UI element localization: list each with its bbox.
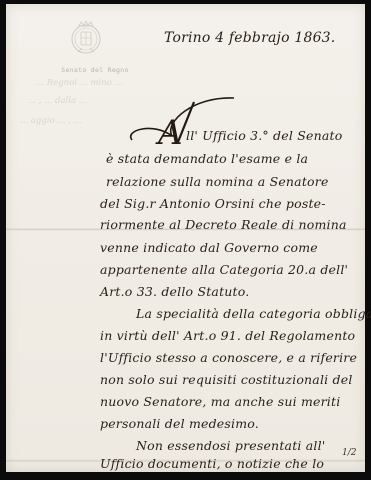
- body-line-2: è stata demandato l'esame e la: [106, 151, 308, 166]
- bleed-through-text: ... , ... dalla ...: [28, 96, 87, 106]
- document-page: Senato del Regno ... Regnoi ... mino ...…: [6, 4, 365, 472]
- body-initial: A: [158, 116, 183, 150]
- body-line-11: l'Ufficio stesso a conoscere, e a riferi…: [100, 350, 357, 365]
- body-line-14: personali del medesimo.: [100, 416, 259, 431]
- body-line-9: La specialità della categoria obbliga: [136, 306, 371, 321]
- body-line-13: nuovo Senatore, ma anche sui meriti: [100, 394, 340, 409]
- body-line-3: relazione sulla nomina a Senatore: [106, 174, 329, 189]
- body-line-1: ll' Ufficio 3.° del Senato: [186, 128, 342, 143]
- bleed-through-text: ... Regnoi ... mino ...: [36, 78, 123, 88]
- body-line-5: riormente al Decreto Reale di nomina: [100, 217, 347, 232]
- bleed-through-text: ... aggio ... , ...: [20, 116, 82, 126]
- body-line-16: Ufficio documenti, o notizie che lo: [100, 456, 324, 471]
- body-line-4: del Sig.r Antonio Orsini che poste-: [100, 196, 326, 211]
- body-line-7: appartenente alla Categoria 20.a dell': [100, 262, 348, 277]
- body-line-8: Art.o 33. dello Statuto.: [100, 284, 249, 299]
- body-line-10: in virtù dell' Art.o 91. del Regolamento: [100, 328, 355, 343]
- body-line-12: non solo sui requisiti costituzionali de…: [100, 372, 353, 387]
- body-line-15: Non essendosi presentati all': [136, 438, 325, 453]
- initial-flourish: [124, 92, 264, 152]
- crest-icon: [66, 18, 106, 58]
- page-marker: 1/2: [342, 448, 356, 458]
- date-line: Torino 4 febbrajo 1863.: [164, 30, 335, 46]
- letterhead-text: Senato del Regno: [50, 66, 140, 74]
- body-line-6: venne indicato dal Governo come: [100, 240, 318, 255]
